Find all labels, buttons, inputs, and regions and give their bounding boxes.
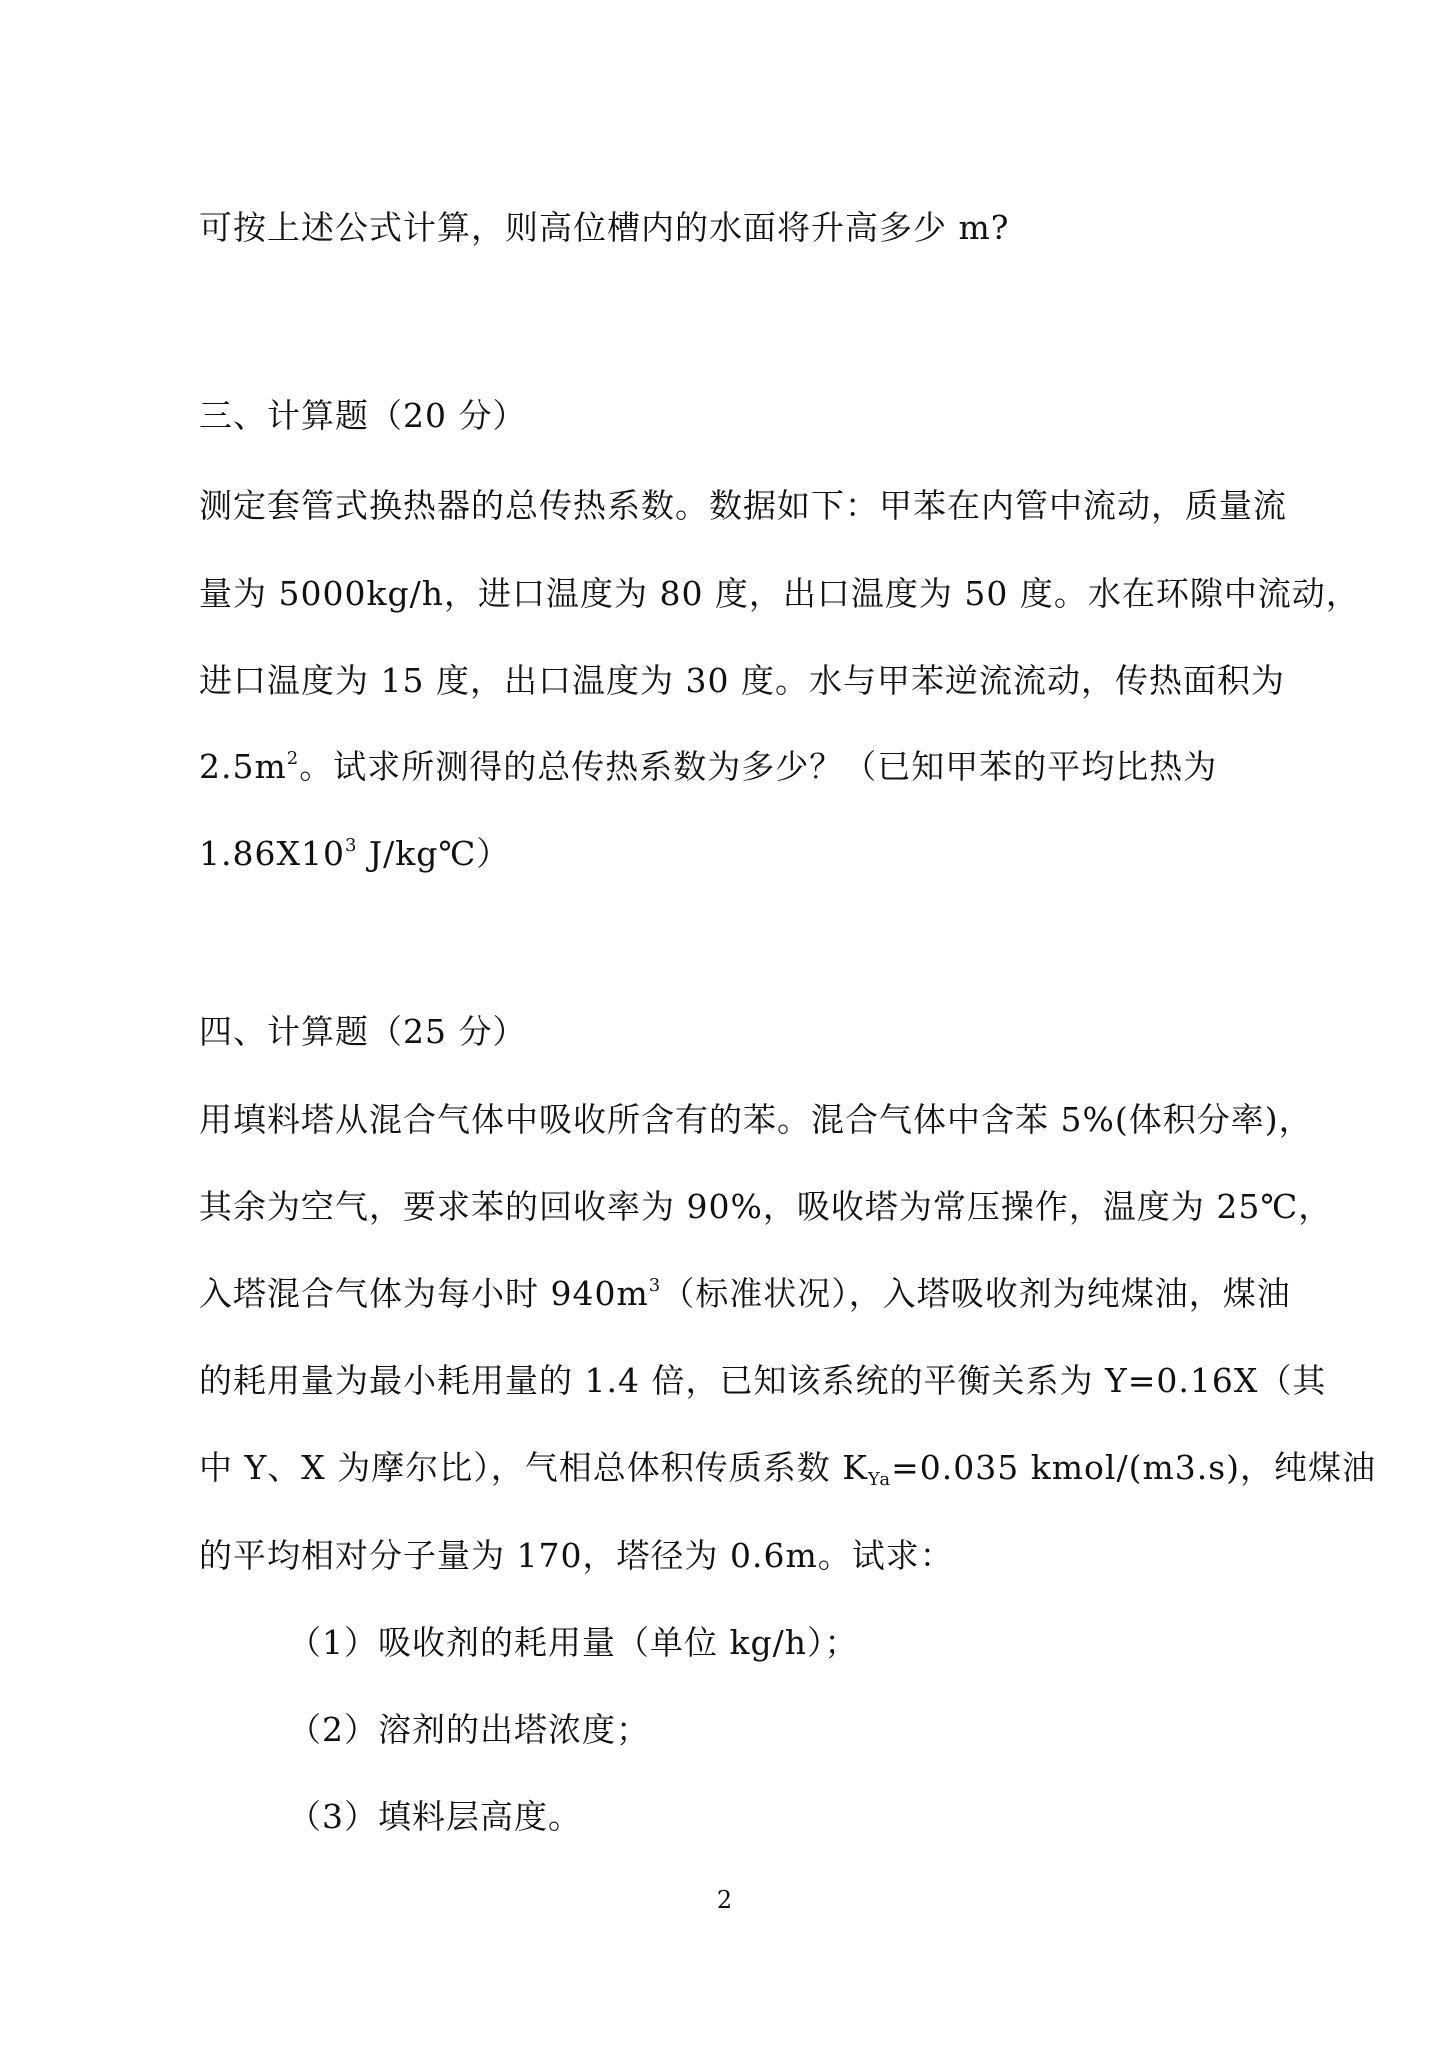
section-4-line-1: 用填料塔从混合气体中吸收所含有的苯。混合气体中含苯 5%(体积分率)， [199, 1098, 1259, 1142]
section-3-line-3: 进口温度为 15 度，出口温度为 30 度。水与甲苯逆流流动，传热面积为 [199, 659, 1259, 703]
section-3-line-2: 量为 5000kg/h，进口温度为 80 度，出口温度为 50 度。水在环隙中流… [199, 572, 1259, 616]
superscript: 2 [287, 748, 299, 769]
text-run: （标准状况），入塔吸收剂为纯煤油，煤油 [661, 1274, 1291, 1313]
continuation-text: 可按上述公式计算，则高位槽内的水面将升高多少 m? [199, 206, 1259, 250]
section-4-line-4: 的耗用量为最小耗用量的 1.4 倍，已知该系统的平衡关系为 Y=0.16X（其 [199, 1359, 1259, 1403]
section-3-line-4: 2.5m2。试求所测得的总传热系数为多少？（已知甲苯的平均比热为 [199, 745, 1259, 789]
section-4-line-2: 其余为空气，要求苯的回收率为 90%，吸收塔为常压操作，温度为 25℃， [199, 1185, 1259, 1229]
subscript: Ya [868, 1469, 891, 1490]
text-run: 中 Y、X 为摩尔比），气相总体积传质系数 K [199, 1448, 868, 1487]
document-page: 可按上述公式计算，则高位槽内的水面将升高多少 m? 三、计算题（20 分） 测定… [0, 0, 1449, 2048]
question-1: （1）吸收剂的耗用量（单位 kg/h）； [288, 1621, 1348, 1665]
area-value: 2.5m [199, 747, 287, 786]
text-run: 入塔混合气体为每小时 940m [199, 1274, 649, 1313]
page-number: 2 [0, 1885, 1449, 1915]
heat-capacity-value: 1.86X10 [199, 834, 345, 873]
section-4-heading: 四、计算题（25 分） [199, 1010, 1259, 1054]
superscript: 3 [345, 835, 357, 856]
section-4-line-3: 入塔混合气体为每小时 940m3（标准状况），入塔吸收剂为纯煤油，煤油 [199, 1272, 1259, 1316]
section-3-line-5: 1.86X103 J/kg℃） [199, 832, 1259, 876]
text-run: 。试求所测得的总传热系数为多少？（已知甲苯的平均比热为 [299, 747, 1217, 786]
question-2: （2）溶剂的出塔浓度； [288, 1708, 1348, 1752]
text-run: J/kg℃） [357, 834, 510, 873]
section-3-line-1: 测定套管式换热器的总传热系数。数据如下：甲苯在内管中流动，质量流 [199, 484, 1259, 528]
section-4-line-6: 的平均相对分子量为 170，塔径为 0.6m。试求： [199, 1534, 1259, 1578]
section-4-line-5: 中 Y、X 为摩尔比），气相总体积传质系数 KYa=0.035 kmol/(m3… [199, 1446, 1259, 1490]
text-run: =0.035 kmol/(m3.s)，纯煤油 [891, 1448, 1376, 1487]
section-3-heading: 三、计算题（20 分） [199, 394, 1259, 438]
superscript: 3 [649, 1275, 661, 1296]
question-3: （3）填料层高度。 [288, 1795, 1348, 1839]
